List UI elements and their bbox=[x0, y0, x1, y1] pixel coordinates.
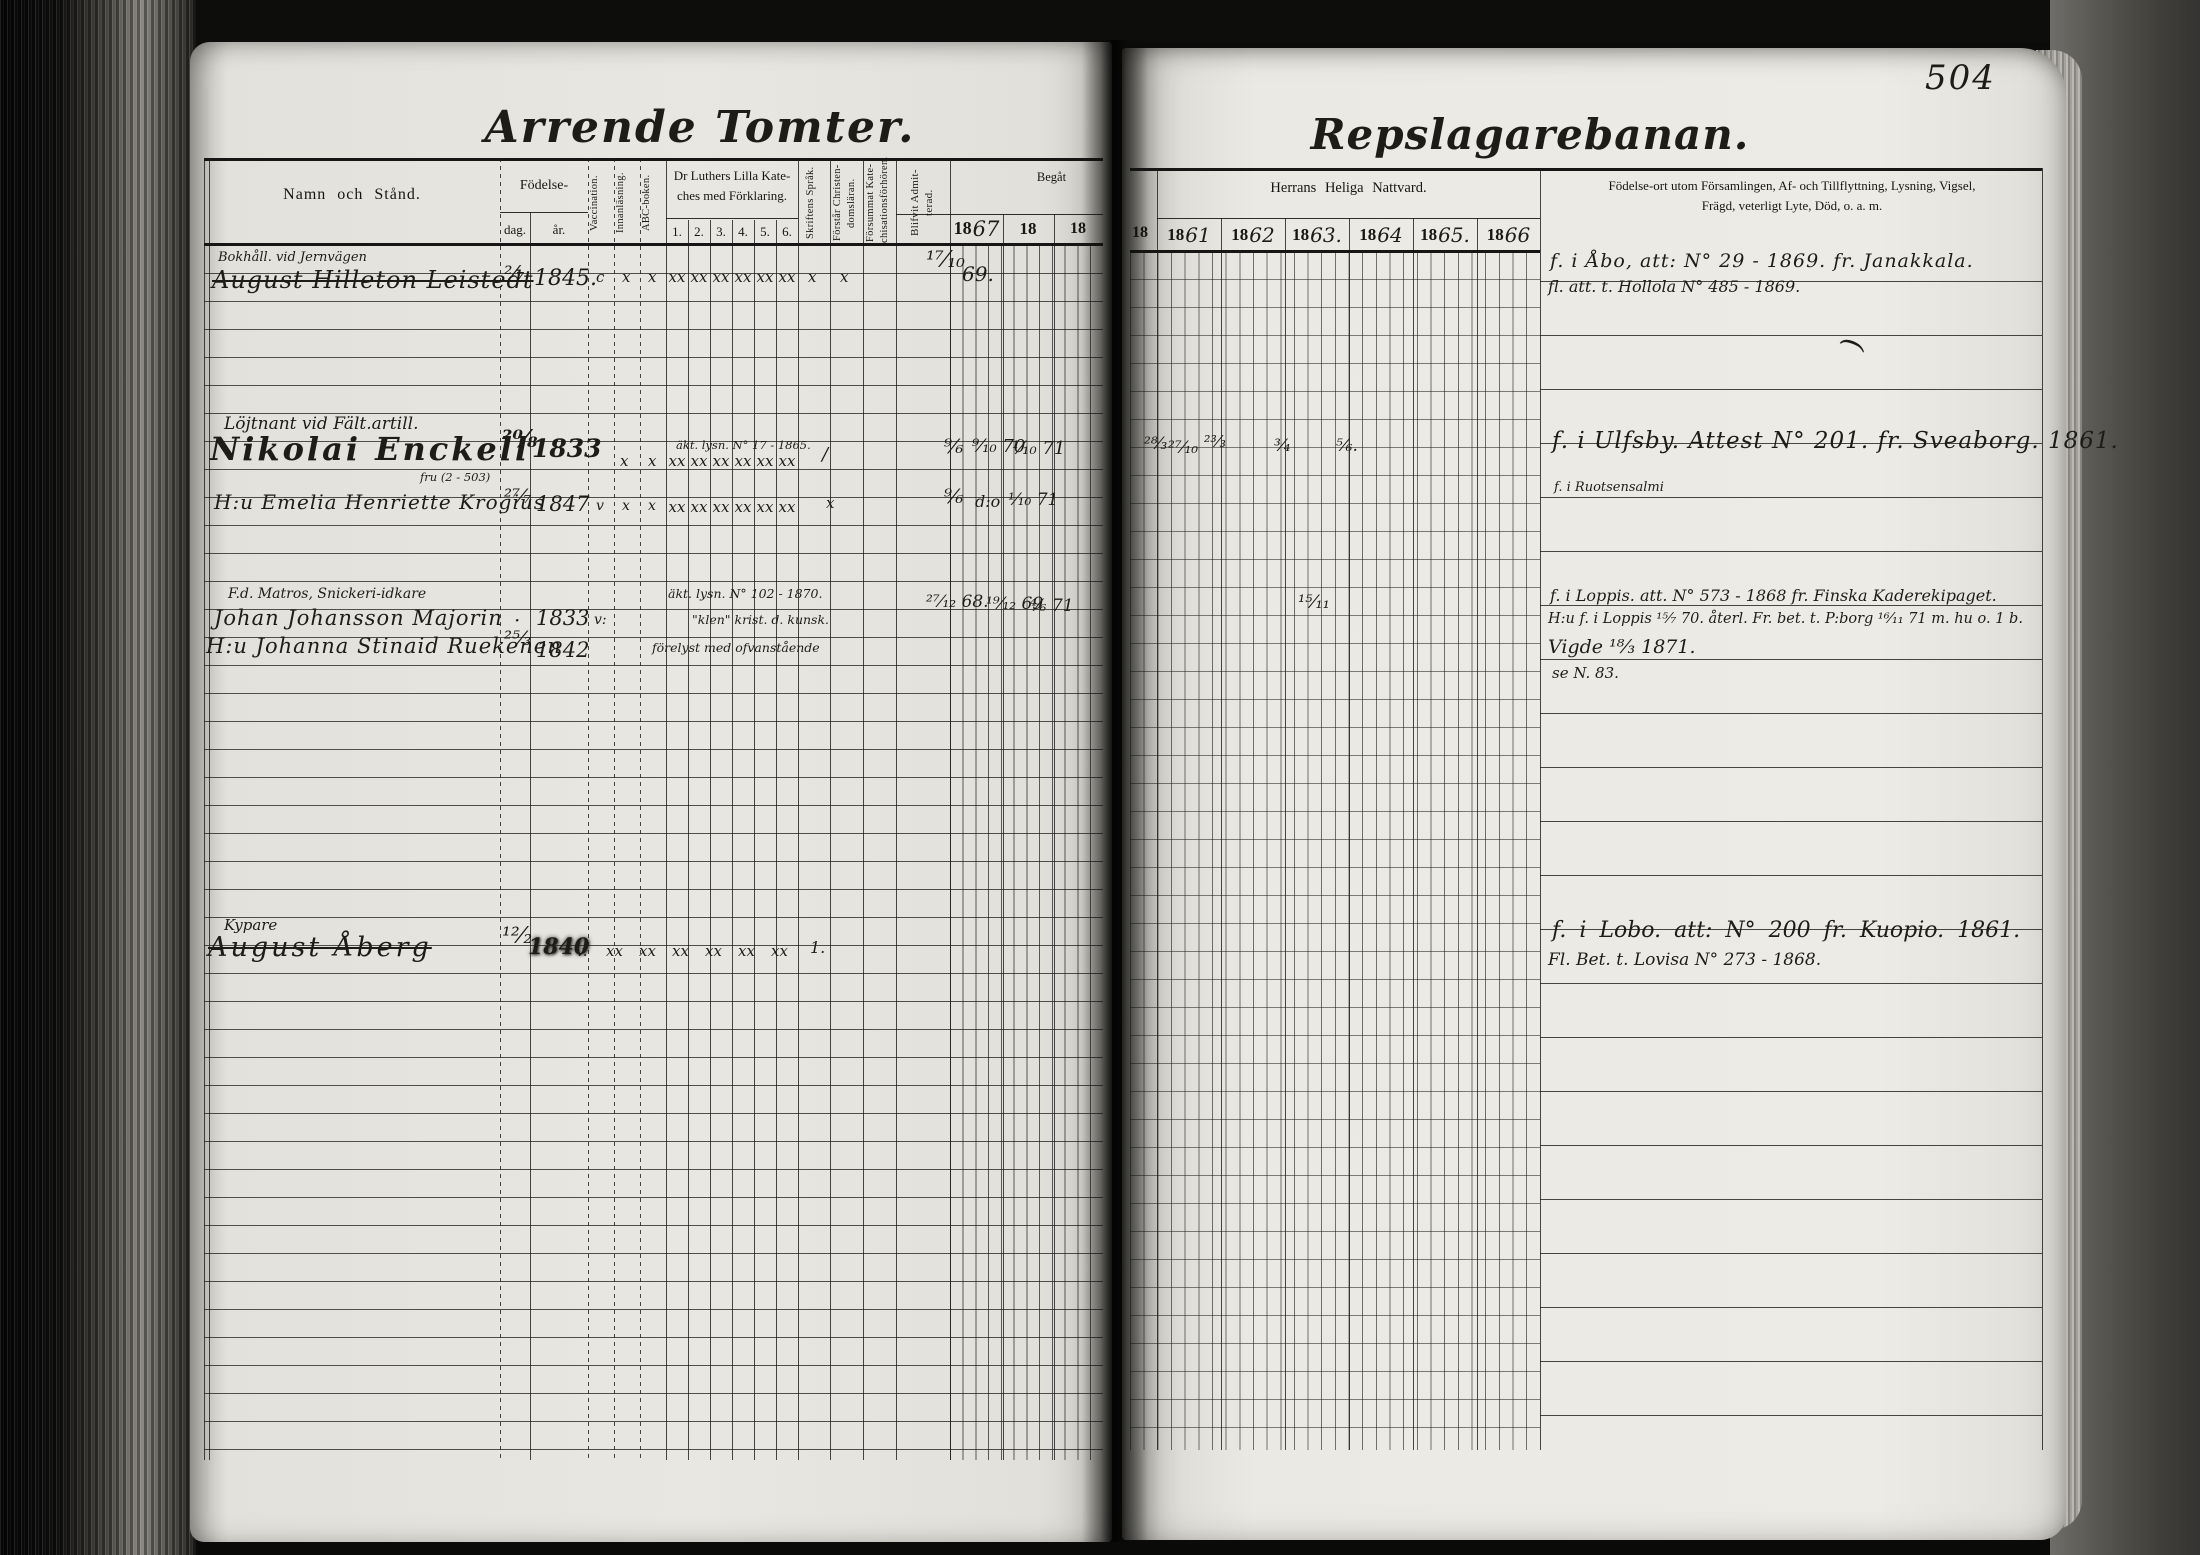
catechism-col-3: 3. bbox=[710, 224, 732, 240]
name-column-header: Namn och Stånd. bbox=[204, 186, 500, 204]
catechism-mark: xx bbox=[688, 452, 710, 470]
birth-year: 1847 bbox=[536, 492, 589, 516]
banns-note: förelyst med ofvanstående bbox=[652, 640, 820, 655]
vaccination-mark: v. bbox=[576, 942, 587, 960]
entry-name: Nikolai Enckell bbox=[210, 430, 530, 468]
year-subgrid bbox=[950, 245, 1103, 1460]
year-column-1866: 1866 bbox=[1477, 220, 1540, 250]
note-line: f. i Loppis. att. N° 573 - 1868 fr. Fins… bbox=[1550, 586, 1997, 605]
year-printed: 18 bbox=[1231, 225, 1248, 245]
parish-register-scan: 504 Arrende Tomter. Repslagarebanan. Nam… bbox=[0, 0, 2200, 1555]
understands-header-line1: Förstår Christen- bbox=[833, 163, 847, 243]
catechism-mark: xx bbox=[776, 452, 798, 470]
year-column-1865: 1865. bbox=[1413, 220, 1477, 250]
catechism-mark: xx bbox=[697, 942, 730, 960]
admitted-date: ¹⁄₁₀ 71 bbox=[1012, 438, 1065, 459]
communion-subgrid bbox=[1130, 252, 1540, 1450]
vaccination-mark: c bbox=[596, 268, 604, 286]
catechism-mark: xx bbox=[598, 942, 631, 960]
reading-mark: x bbox=[620, 452, 628, 470]
table-top-rule bbox=[1130, 168, 2042, 171]
catechism-marks: xxxxxxxxxxxx bbox=[666, 452, 798, 470]
year-written: 61 bbox=[1185, 223, 1210, 247]
communion-date: ²⁷⁄₁₀ bbox=[1168, 438, 1198, 458]
entry-name: August Åberg bbox=[208, 932, 432, 963]
year-printed: 18 bbox=[1420, 225, 1437, 245]
reading-mark: x bbox=[622, 268, 630, 286]
admitted-year: 69. bbox=[962, 262, 994, 286]
missed-header-line2: chisationsförhören. bbox=[880, 163, 894, 243]
year-column-1867: 1867 bbox=[950, 214, 1003, 243]
year-column-18a: 18 bbox=[1003, 214, 1054, 243]
catechism-col-5: 5. bbox=[754, 224, 776, 240]
reading-header: Innanläsning. bbox=[616, 163, 638, 243]
catechism-mark: xx bbox=[776, 498, 798, 516]
catechism-mark: xx bbox=[776, 268, 798, 286]
year-stub-header: 18 bbox=[1132, 224, 1148, 242]
scripture-mark: x bbox=[808, 268, 816, 286]
note-line: f. i Ruotsensalmi bbox=[1554, 480, 1664, 495]
catechism-marks: xxxxxxxxxxxx bbox=[666, 268, 798, 286]
entry-name: August Hilleton Leistedt bbox=[212, 266, 534, 294]
abc-mark: x bbox=[648, 268, 656, 286]
birth-group-header: Födelse- bbox=[500, 178, 588, 194]
communion-date: ⁵⁄₆. bbox=[1336, 436, 1358, 456]
birth-year: 1833 bbox=[532, 434, 602, 463]
catechism-mark: xx bbox=[754, 268, 776, 286]
note-line: H:u f. i Loppis ¹⁵⁄₇ 70. återl. Fr. bet.… bbox=[1548, 611, 2023, 627]
book-spine-edge bbox=[0, 0, 196, 1555]
communion-date: ³⁄₄ bbox=[1274, 436, 1290, 456]
communion-date: ¹⁵⁄₁₁ bbox=[1298, 592, 1330, 613]
note-line: se N. 83. bbox=[1552, 664, 1619, 682]
page-number: 504 bbox=[1925, 58, 1996, 98]
admitted-header-line1: Blifvit Admit- bbox=[910, 163, 924, 243]
stray-pen-mark: ( bbox=[1848, 328, 1859, 361]
year-printed: 18 bbox=[1292, 225, 1309, 245]
birth-year: 1845. bbox=[534, 266, 597, 291]
catechism-mark: xx bbox=[688, 268, 710, 286]
admitted-date: d:o bbox=[975, 492, 1000, 511]
year-written: 66 bbox=[1505, 223, 1530, 247]
birth-day: ²⁷⁄₇ bbox=[504, 484, 531, 508]
right-page-title: Repslagarebanan. bbox=[1280, 110, 1780, 159]
scripture-mark: x bbox=[826, 494, 834, 512]
table-top-rule bbox=[204, 158, 1103, 161]
header-divider bbox=[500, 212, 588, 213]
banns-note: "klen" krist. d. kunsk. bbox=[692, 612, 829, 627]
note-line: fl. att. t. Hollola N° 485 - 1869. bbox=[1548, 277, 1800, 296]
catechism-col-4: 4. bbox=[732, 224, 754, 240]
banns-note: äkt. lysn. N° 102 - 1870. bbox=[668, 586, 822, 601]
catechism-group-header-line2: ches med Förklaring. bbox=[666, 188, 798, 204]
abc-mark: x bbox=[648, 498, 656, 514]
notes-column-header-line1: Födelse-ort utom Församlingen, Af- och T… bbox=[1548, 178, 2036, 194]
year-written: 64 bbox=[1377, 223, 1402, 247]
admitted-date: ⁹⁄₆ bbox=[944, 434, 963, 458]
catechism-mark: xx bbox=[666, 452, 688, 470]
catechism-mark: xx bbox=[754, 452, 776, 470]
admitted-date: ¹⁷⁄₁₀ bbox=[926, 248, 965, 273]
note-line: f. i Lobo. att: N° 200 fr. Kuopio. 1861. bbox=[1552, 918, 2020, 943]
admitted-date: ¹⁄₁₀ 71 bbox=[1008, 490, 1058, 510]
catechism-col-6: 6. bbox=[776, 224, 798, 240]
birth-day: ²⁵⁄₃ bbox=[504, 626, 531, 650]
scripture-header: Skriftens Språk. bbox=[806, 163, 824, 243]
entry-occupation: F.d. Matros, Snickeri-idkare bbox=[228, 586, 426, 602]
catechism-mark: xx bbox=[631, 942, 664, 960]
scripture-mark: / bbox=[822, 444, 828, 465]
admitted-date: ²⁷⁄₁₂ 68. bbox=[926, 592, 989, 612]
birth-day: ²⁄₇ bbox=[504, 262, 524, 286]
catechism-col-1: 1. bbox=[666, 224, 688, 240]
understands-mark: x bbox=[840, 268, 848, 286]
catechism-mark: xx bbox=[732, 498, 754, 516]
birth-year: 1842 bbox=[536, 638, 589, 662]
catechism-mark: xx bbox=[666, 498, 688, 516]
catechism-mark: xx bbox=[732, 268, 754, 286]
note-line: f. i Ulfsby. Attest N° 201. fr. Sveaborg… bbox=[1552, 428, 2119, 454]
year-printed: 18 bbox=[1167, 225, 1184, 245]
background-bottom bbox=[0, 1541, 2200, 1555]
catechism-mark: xx bbox=[666, 268, 688, 286]
entry-name: H:u Emelia Henriette Krogius bbox=[214, 490, 545, 514]
birth-year-header: år. bbox=[530, 222, 588, 238]
year-column-1863: 1863. bbox=[1285, 220, 1349, 250]
communion-date: ²⁸⁄₃ bbox=[1144, 434, 1167, 454]
year-written: 65. bbox=[1438, 223, 1470, 247]
year-written: 62 bbox=[1249, 223, 1274, 247]
reading-mark: x bbox=[622, 498, 630, 514]
year-column-1864: 1864 bbox=[1349, 220, 1413, 250]
catechism-mark: xx bbox=[664, 942, 697, 960]
left-page-title: Arrende Tomter. bbox=[470, 102, 930, 153]
year-printed: 18 bbox=[1070, 220, 1086, 238]
entry-name: Johan Johansson Majorin bbox=[214, 606, 503, 630]
catechism-group-header-line1: Dr Luthers Lilla Kate- bbox=[666, 168, 798, 184]
notes-rules bbox=[1540, 228, 2042, 1450]
column-line bbox=[2042, 168, 2043, 1450]
vaccination-mark: v: bbox=[594, 612, 607, 628]
catechism-mark: xx bbox=[710, 452, 732, 470]
catechism-mark: xx bbox=[732, 452, 754, 470]
birth-day-header: dag. bbox=[498, 222, 532, 238]
year-written: 67 bbox=[973, 217, 1000, 241]
header-divider bbox=[666, 218, 798, 219]
year-written: 63. bbox=[1310, 223, 1342, 247]
note-line: Fl. Bet. t. Lovisa N° 273 - 1868. bbox=[1548, 950, 1821, 970]
catechism-mark: xx bbox=[763, 942, 796, 960]
header-divider bbox=[1157, 218, 1540, 219]
year-column-18b: 18 bbox=[1054, 214, 1103, 243]
year-printed: 18 bbox=[1487, 225, 1504, 245]
abc-mark: x bbox=[648, 452, 656, 470]
catechism-mark: xx bbox=[754, 498, 776, 516]
admitted-date: ⁹⁄₆ bbox=[944, 484, 963, 508]
note-line: Vigde ¹⁸⁄₃ 1871. bbox=[1548, 636, 1696, 658]
year-column-1862: 1862 bbox=[1221, 220, 1285, 250]
notes-column-header-line2: Frägd, veterligt Lyte, Död, o. a. m. bbox=[1548, 198, 2036, 214]
catechism-mark: xx bbox=[730, 942, 763, 960]
year-printed: 18 bbox=[1020, 219, 1037, 239]
year-column-1861: 1861 bbox=[1157, 220, 1221, 250]
catechism-mark: xx bbox=[688, 498, 710, 516]
communion-date: ²³⁄₃ bbox=[1204, 432, 1226, 451]
vaccination-mark: v bbox=[596, 498, 604, 514]
catechism-marks: xxxxxxxxxxxx bbox=[598, 942, 796, 960]
catechism-mark: xx bbox=[710, 498, 732, 516]
birth-year: 1833 bbox=[536, 606, 589, 630]
vaccination-header: Vaccination. bbox=[590, 163, 612, 243]
communion-begun-header: Begåt bbox=[1000, 170, 1103, 185]
admitted-date: ⁴⁄₆ 71 bbox=[1030, 596, 1074, 616]
banns-note: äkt. lysn. N° 17 - 1865. bbox=[676, 438, 811, 452]
catechism-marks: xxxxxxxxxxxx bbox=[666, 498, 798, 516]
note-line: f. i Åbo, att: N° 29 - 1869. fr. Janakka… bbox=[1550, 250, 1974, 272]
entry-occupation: Bokhåll. vid Jernvägen bbox=[218, 250, 367, 265]
background-top bbox=[0, 0, 2200, 42]
abc-book-header: ABC-boken. bbox=[642, 163, 664, 243]
year-printed: 18 bbox=[1359, 225, 1376, 245]
catechism-mark: xx bbox=[710, 268, 732, 286]
relation-note: fru (2 - 503) bbox=[420, 470, 490, 484]
admitted-header-line2: terad. bbox=[924, 163, 938, 243]
missed-header-line1: Försummat Kate- bbox=[866, 163, 880, 243]
year-printed: 18 bbox=[954, 218, 972, 239]
catechism-col-2: 2. bbox=[688, 224, 710, 240]
understands-header-line2: domsläran. bbox=[847, 163, 861, 243]
communion-group-header: Herrans Heliga Nattvard. bbox=[1157, 180, 1540, 197]
scripture-mark: 1. bbox=[810, 938, 825, 957]
